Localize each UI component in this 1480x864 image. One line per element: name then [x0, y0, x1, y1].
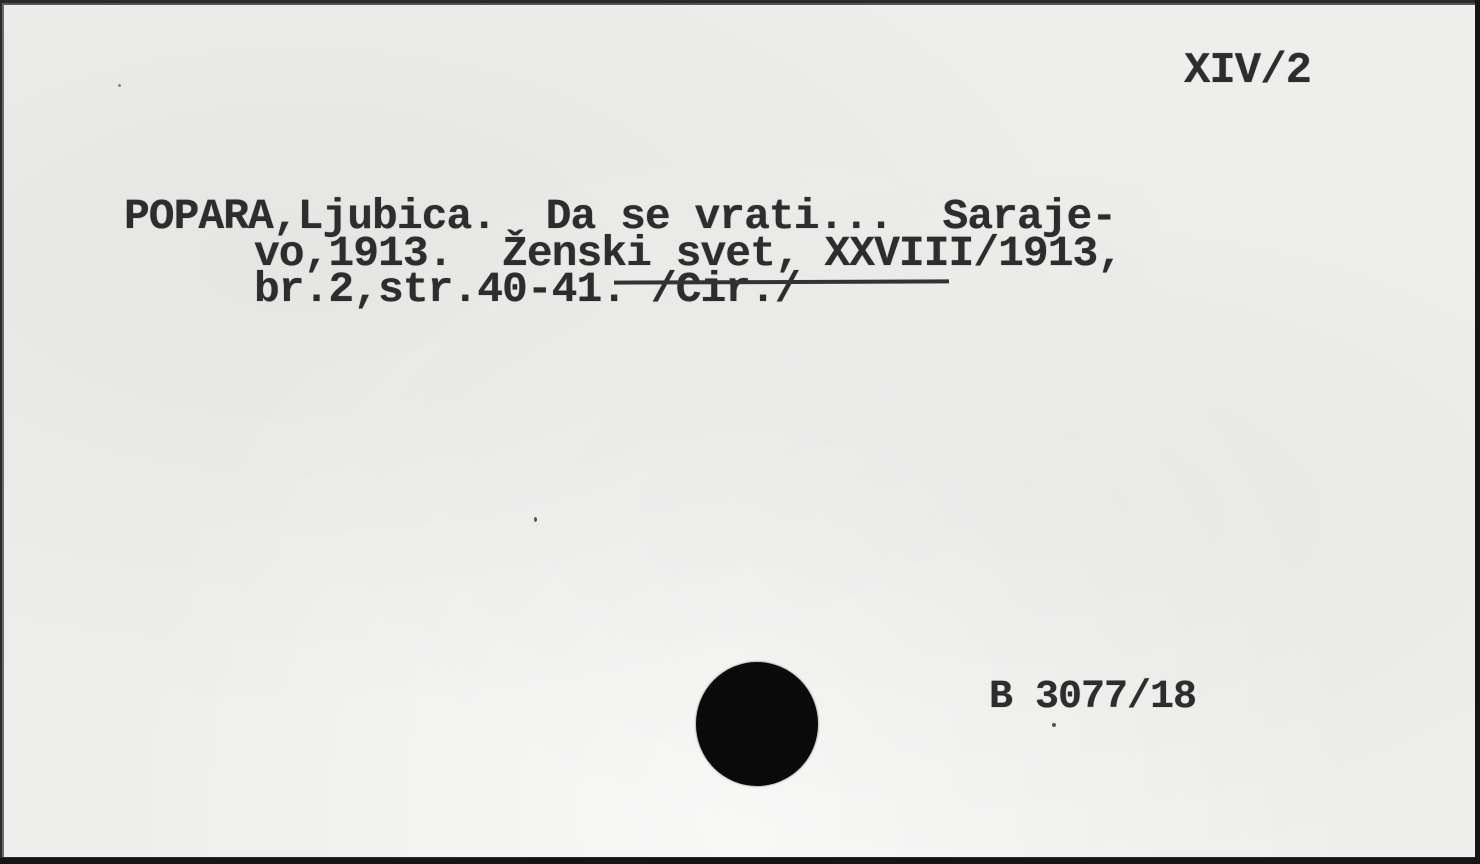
punch-hole-icon	[696, 662, 818, 786]
ink-speck	[1052, 723, 1056, 727]
accession-number: B 3077/18	[989, 678, 1196, 718]
entry-line-3: br.2,str.40-41. /Cir./	[254, 268, 800, 311]
card-edge-right	[1475, 0, 1480, 864]
ink-speck	[118, 84, 121, 87]
catalog-card: XIV/2 POPARA,Ljubica. Da se vrati... Sar…	[2, 3, 1476, 857]
ink-speck	[534, 517, 537, 522]
call-number: XIV/2	[1184, 49, 1311, 93]
card-edge-bottom	[0, 858, 1480, 864]
periodical-underline	[614, 279, 949, 284]
